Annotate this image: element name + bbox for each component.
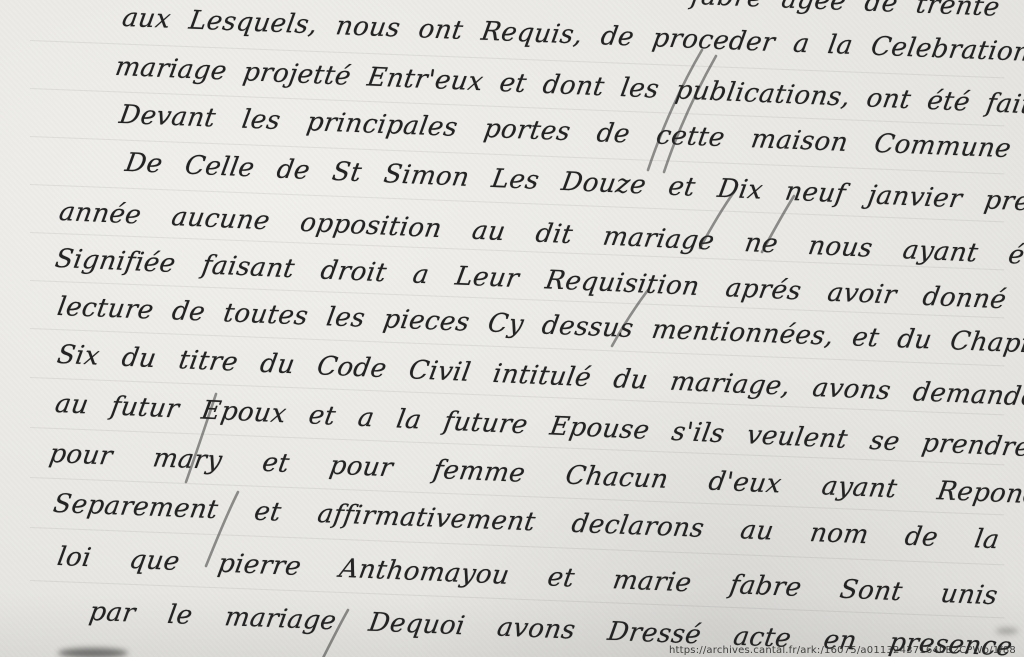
scanned-manuscript-page: fabre âgée de trente aux Lesquels, nous …	[0, 0, 1024, 657]
handwriting-layer: fabre âgée de trente aux Lesquels, nous …	[0, 0, 1024, 657]
ink-smudge	[58, 648, 128, 657]
ink-smudge	[996, 628, 1018, 634]
archive-url-watermark: https://archives.cantal.fr/ark:/16075/a0…	[669, 645, 1016, 656]
handwritten-line-fragment: fabre âgée de trente	[689, 0, 1002, 23]
